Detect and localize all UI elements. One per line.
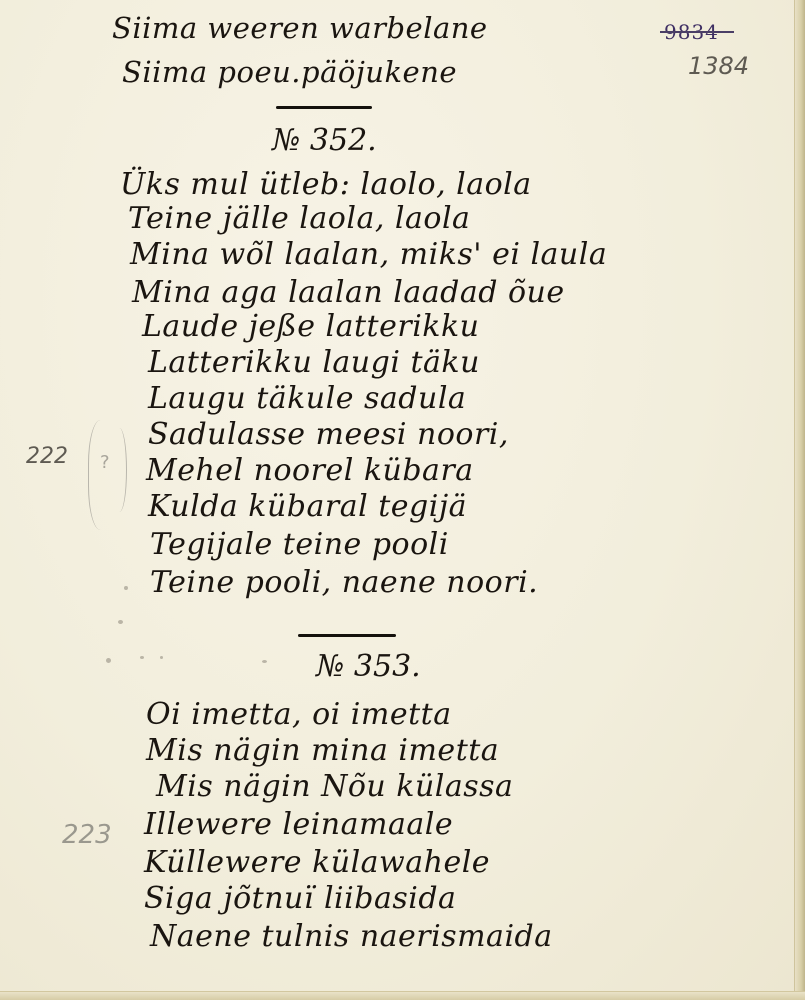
song-352-line-2: Teine jälle laola, laola — [128, 204, 470, 234]
song-number-352: № 352. — [272, 126, 377, 156]
song-352-line-6: Latterikku laugi täku — [148, 348, 480, 378]
song-353-line-4: Illewere leinamaale — [144, 810, 453, 840]
margin-bracket-right — [112, 428, 127, 512]
strike-through-line — [660, 31, 734, 33]
ink-speck — [160, 656, 163, 659]
archive-stamp-number: 9834 — [664, 20, 719, 44]
ink-speck — [106, 658, 111, 663]
song-353-line-2: Mis nägin mina imetta — [146, 736, 499, 766]
ink-speck — [124, 586, 128, 590]
ink-speck — [262, 660, 267, 663]
section-divider-rule — [298, 634, 396, 637]
song-353-line-6: Siga jõtnuï liibasida — [144, 884, 456, 914]
song-352-line-3: Mina wõl laalan, miks' ei laula — [130, 240, 607, 270]
ink-speck — [118, 620, 123, 624]
manuscript-page: 9834 1384 Siima weeren warbelane Siima p… — [0, 0, 805, 1000]
ink-speck — [140, 656, 144, 659]
song-352-line-8: Sadulasse meesi noori, — [148, 420, 509, 450]
margin-question-mark: ? — [100, 452, 110, 473]
song-353-line-3: Mis nägin Nõu külassa — [156, 772, 513, 802]
song-352-line-11: Tegijale teine pooli — [150, 530, 449, 560]
song-352-line-10: Kulda kübaral tegijä — [148, 492, 467, 522]
page-edge-bottom — [0, 991, 805, 1000]
header-line-2: Siima poeu.päöjukene — [122, 58, 457, 87]
song-353-line-7: Naene tulnis naerismaida — [150, 922, 553, 952]
margin-song-number-223: 223 — [62, 822, 112, 848]
page-edge-right — [794, 0, 805, 1000]
song-352-line-9: Mehel noorel kübara — [146, 456, 474, 486]
section-divider-rule — [276, 106, 372, 109]
song-number-353: № 353. — [316, 652, 421, 682]
pencil-page-number: 1384 — [688, 54, 749, 78]
song-352-line-7: Laugu täkule sadula — [148, 384, 466, 414]
header-line-1: Siima weeren warbelane — [112, 14, 488, 43]
song-353-line-1: Oi imetta, oi imetta — [146, 700, 452, 730]
song-352-line-4: Mina aga laalan laadad õue — [132, 278, 565, 308]
song-352-line-5: Laude jeße latterikku — [142, 312, 479, 342]
song-352-line-1: Üks mul ütleb: laolo, laola — [120, 170, 532, 200]
margin-song-number-222: 222 — [26, 446, 68, 468]
song-352-line-12: Teine pooli, naene noori. — [150, 568, 538, 598]
song-353-line-5: Küllewere külawahele — [144, 848, 490, 878]
